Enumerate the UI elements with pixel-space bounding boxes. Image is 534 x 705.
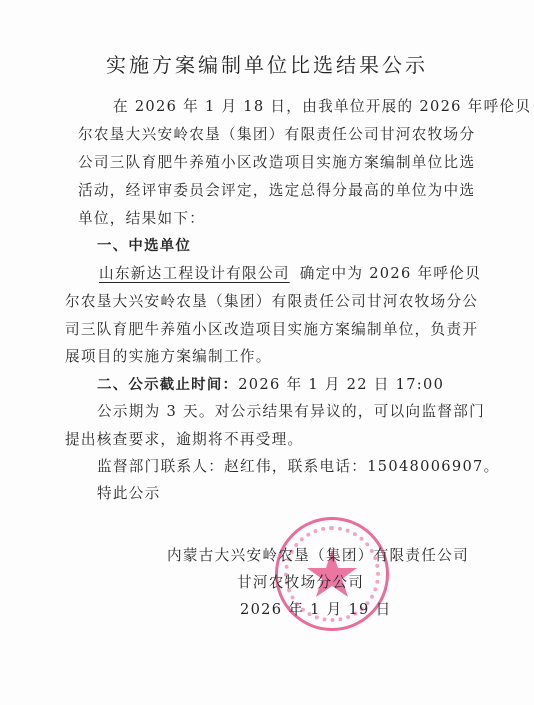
- closing-line: 特此公示: [97, 484, 161, 504]
- intro-line-1: 在 2026 年 1 月 18 日，由我单位开展的 2026 年呼伦贝: [113, 97, 531, 117]
- signature-org-line-1: 内蒙古大兴安岭农垦（集团）有限责任公司: [167, 544, 469, 565]
- winner-company: 山东新达工程设计有限公司: [95, 265, 294, 282]
- contact-line: 监督部门联系人：赵红伟，联系电话：15048006907。: [97, 457, 500, 477]
- signature-org-line-2: 甘河农牧场分公司: [237, 571, 364, 592]
- section2-line-3: 提出核查要求，逾期将不再受理。: [65, 430, 303, 450]
- document-title: 实施方案编制单位比选结果公示: [0, 49, 534, 78]
- section2-line: 二、公示截止时间：2026 年 1 月 22 日 17:00: [97, 375, 444, 395]
- intro-line-4: 活动，经评审委员会评定，选定总得分最高的单位为中选: [78, 181, 475, 201]
- intro-line-2: 尔农垦大兴安岭农垦（集团）有限责任公司甘河农牧场分: [78, 125, 475, 145]
- section1-line-3: 司三队育肥牛养殖小区改造项目实施方案编制单位，负责开: [65, 320, 478, 340]
- section2-line-2: 公示期为 3 天。对公示结果有异议的，可以向监督部门: [97, 402, 485, 422]
- intro-line-5: 单位，结果如下：: [78, 209, 205, 229]
- intro-line-3: 公司三队育肥牛养殖小区改造项目实施方案编制单位比选: [78, 153, 475, 173]
- section2-heading: 二、公示截止时间：: [97, 377, 238, 393]
- section1-heading: 一、中选单位: [97, 236, 191, 256]
- document-page: 实施方案编制单位比选结果公示 在 2026 年 1 月 18 日，由我单位开展的…: [0, 0, 534, 705]
- section1-line-4: 展项目的实施方案编制工作。: [65, 347, 272, 367]
- section1-line-1-rest: 确定中为 2026 年呼伦贝: [300, 265, 481, 282]
- signature-date: 2026 年 1 月 19 日: [240, 598, 391, 619]
- deadline-value: 2026 年 1 月 22 日 17:00: [238, 376, 444, 393]
- section1-line-2: 尔农垦大兴安岭农垦（集团）有限责任公司甘河农牧场分公: [65, 292, 478, 312]
- section1-line-1: 山东新达工程设计有限公司 确定中为 2026 年呼伦贝: [95, 264, 481, 284]
